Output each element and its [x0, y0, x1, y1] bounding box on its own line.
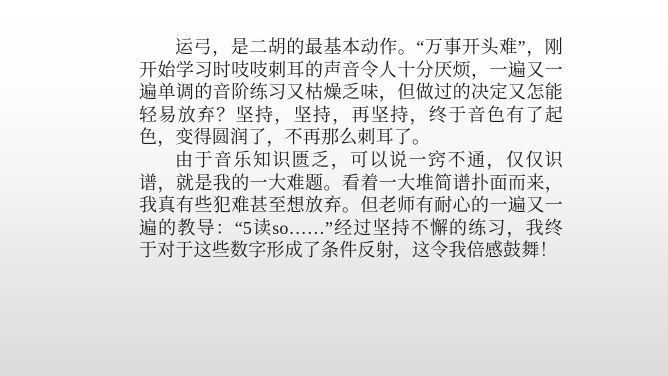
paragraph-erhu-bowing: 运弓，是二胡的最基本动作。“万事开头难”，刚开始学习时吱吱刺耳的声音令人十分厌烦… — [139, 36, 563, 149]
slide-canvas: 运弓，是二胡的最基本动作。“万事开头难”，刚开始学习时吱吱刺耳的声音令人十分厌烦… — [0, 0, 668, 376]
paragraph-music-notation: 由于音乐知识匮乏，可以说一窍不通，仅仅识谱，就是我的一大难题。看着一大堆简谱扑面… — [139, 149, 563, 262]
slide-body-text: 运弓，是二胡的最基本动作。“万事开头难”，刚开始学习时吱吱刺耳的声音令人十分厌烦… — [139, 36, 563, 262]
